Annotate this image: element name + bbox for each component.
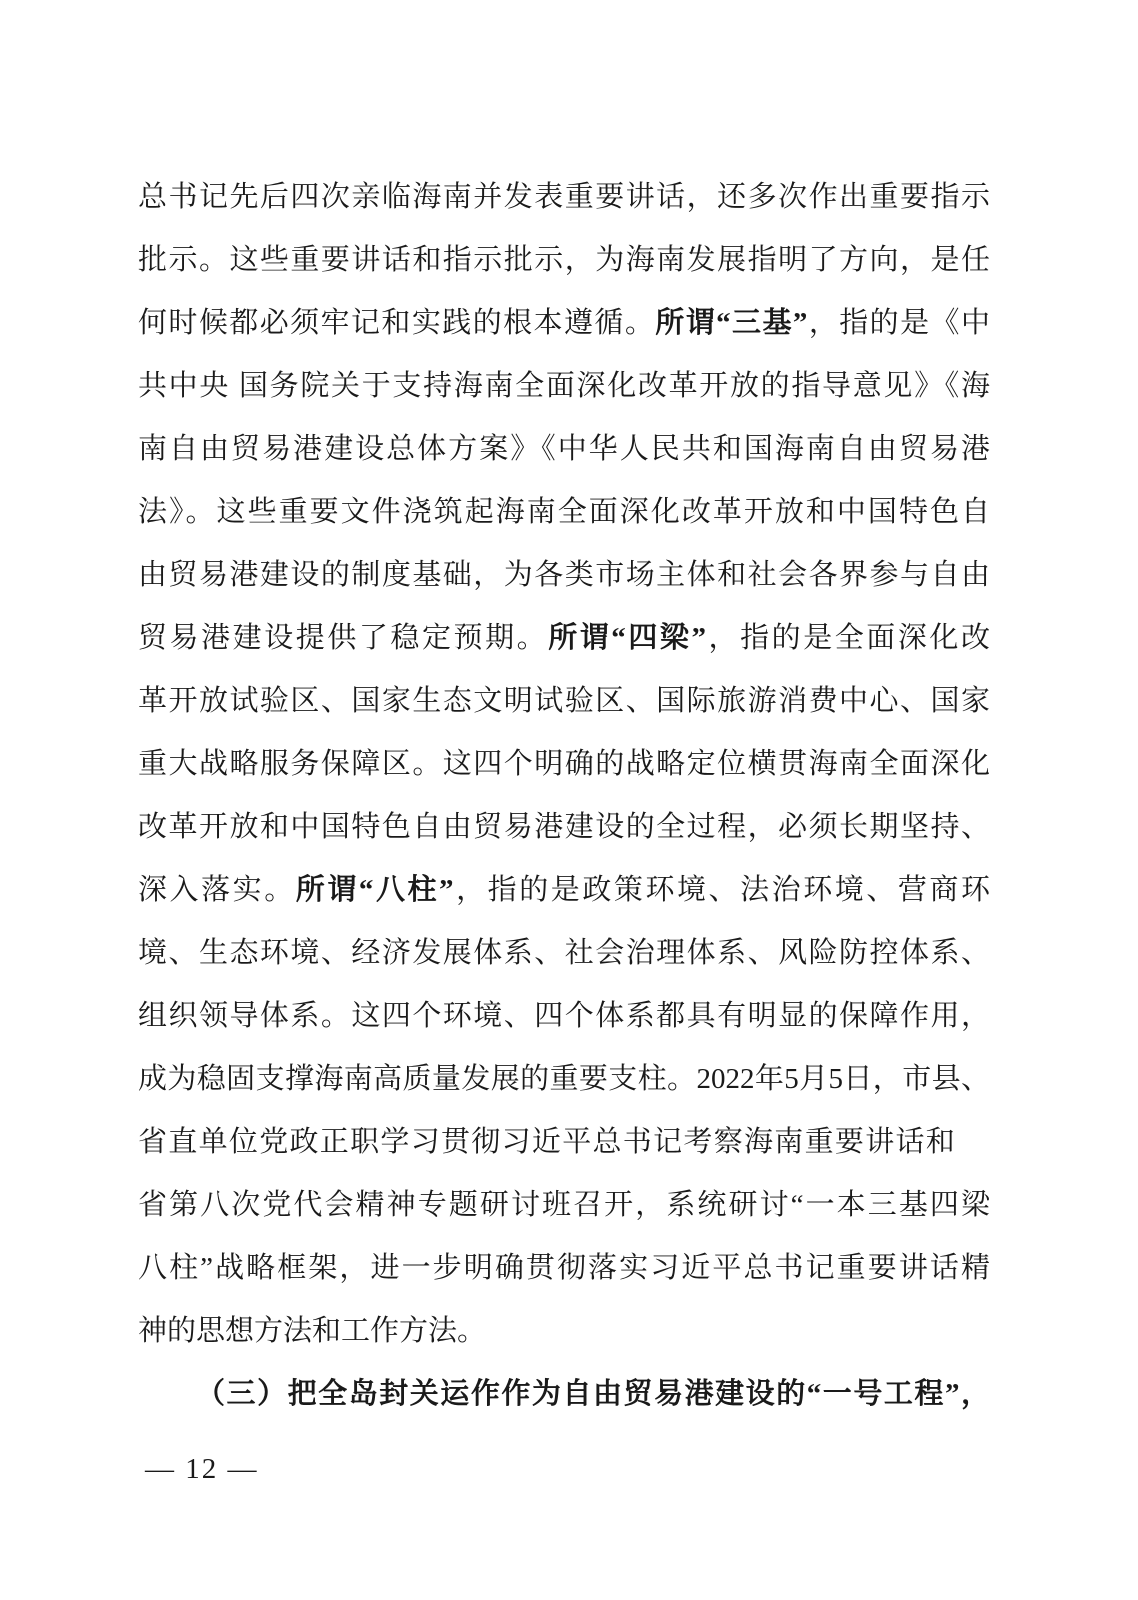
text-segment: 由贸易港建设的制度基础，为各类市场主体和社会各界参与自由	[138, 559, 990, 591]
text-line: 成为稳固支撑海南高质量发展的重要支柱。2022年5月5日，市县、	[138, 1048, 990, 1111]
text-line: 八柱”战略框架，进一步明确贯彻落实习近平总书记重要讲话精	[138, 1237, 990, 1300]
text-segment: 深入落实。	[138, 874, 296, 906]
text-segment: ，指的是政策环境、法治环境、营商环	[454, 874, 990, 906]
text-segment: 南自由贸易港建设总体方案》《中华人民共和国海南自由贸易港	[138, 433, 990, 465]
text-segment: 神的思想方法和工作方法。	[138, 1315, 486, 1347]
text-segment: 法》。这些重要文件浇筑起海南全面深化改革开放和中国特色自	[138, 496, 990, 528]
text-segment: ，指的是《中	[807, 307, 990, 339]
text-segment: 改革开放和中国特色自由贸易港建设的全过程，必须长期坚持、	[138, 811, 990, 843]
text-line: 贸易港建设提供了稳定预期。所谓“四梁”，指的是全面深化改	[138, 607, 990, 670]
document-page: 总书记先后四次亲临海南并发表重要讲话，还多次作出重要指示批示。这些重要讲话和指示…	[0, 0, 1138, 1600]
text-segment: 省直单位党政正职学习贯彻习近平总书记考察海南重要讲话和	[138, 1126, 956, 1158]
text-line: 总书记先后四次亲临海南并发表重要讲话，还多次作出重要指示	[138, 166, 990, 229]
paragraph-heading-line: （三）把全岛封关运作作为自由贸易港建设的“一号工程”，	[138, 1363, 990, 1426]
text-line: 组织领导体系。这四个环境、四个体系都具有明显的保障作用，	[138, 985, 990, 1048]
text-segment: 何时候都必须牢记和实践的根本遵循。	[138, 307, 655, 339]
text-line: 重大战略服务保障区。这四个明确的战略定位横贯海南全面深化	[138, 733, 990, 796]
text-line: 由贸易港建设的制度基础，为各类市场主体和社会各界参与自由	[138, 544, 990, 607]
text-line: 深入落实。所谓“八柱”，指的是政策环境、法治环境、营商环	[138, 859, 990, 922]
text-segment: 重大战略服务保障区。这四个明确的战略定位横贯海南全面深化	[138, 748, 990, 780]
bold-text-segment: （三）把全岛封关运作作为自由贸易港建设的“一号工程”，	[196, 1378, 990, 1410]
text-line: 革开放试验区、国家生态文明试验区、国际旅游消费中心、国家	[138, 670, 990, 733]
body-text: 总书记先后四次亲临海南并发表重要讲话，还多次作出重要指示批示。这些重要讲话和指示…	[138, 166, 990, 1426]
text-segment: 总书记先后四次亲临海南并发表重要讲话，还多次作出重要指示	[138, 181, 990, 213]
text-line: 境、生态环境、经济发展体系、社会治理体系、风险防控体系、	[138, 922, 990, 985]
page-number: — 12 —	[145, 1452, 259, 1486]
text-segment: 组织领导体系。这四个环境、四个体系都具有明显的保障作用，	[138, 1000, 990, 1032]
text-line: 省第八次党代会精神专题研讨班召开，系统研讨“一本三基四梁	[138, 1174, 990, 1237]
text-segment: ，指的是全面深化改	[706, 622, 990, 654]
text-segment: 共中央 国务院关于支持海南全面深化改革开放的指导意见》《海	[138, 370, 990, 402]
bold-text-segment: 所谓“四梁”	[548, 622, 706, 654]
bold-text-segment: 所谓“三基”	[655, 307, 807, 339]
text-segment: 革开放试验区、国家生态文明试验区、国际旅游消费中心、国家	[138, 685, 990, 717]
text-line: 神的思想方法和工作方法。	[138, 1300, 990, 1363]
text-segment: 八柱”战略框架，进一步明确贯彻落实习近平总书记重要讲话精	[138, 1252, 990, 1284]
text-segment: 境、生态环境、经济发展体系、社会治理体系、风险防控体系、	[138, 937, 990, 969]
text-line: 省直单位党政正职学习贯彻习近平总书记考察海南重要讲话和	[138, 1111, 990, 1174]
text-segment: 省第八次党代会精神专题研讨班召开，系统研讨“一本三基四梁	[138, 1189, 990, 1221]
text-line: 共中央 国务院关于支持海南全面深化改革开放的指导意见》《海	[138, 355, 990, 418]
text-line: 何时候都必须牢记和实践的根本遵循。所谓“三基”，指的是《中	[138, 292, 990, 355]
text-line: 批示。这些重要讲话和指示批示，为海南发展指明了方向，是任	[138, 229, 990, 292]
text-segment: 成为稳固支撑海南高质量发展的重要支柱。2022年5月5日，市县、	[138, 1063, 990, 1095]
text-segment: 批示。这些重要讲话和指示批示，为海南发展指明了方向，是任	[138, 244, 990, 276]
text-line: 法》。这些重要文件浇筑起海南全面深化改革开放和中国特色自	[138, 481, 990, 544]
text-segment: 贸易港建设提供了稳定预期。	[138, 622, 548, 654]
text-line: 改革开放和中国特色自由贸易港建设的全过程，必须长期坚持、	[138, 796, 990, 859]
bold-text-segment: 所谓“八柱”	[296, 874, 454, 906]
text-line: 南自由贸易港建设总体方案》《中华人民共和国海南自由贸易港	[138, 418, 990, 481]
